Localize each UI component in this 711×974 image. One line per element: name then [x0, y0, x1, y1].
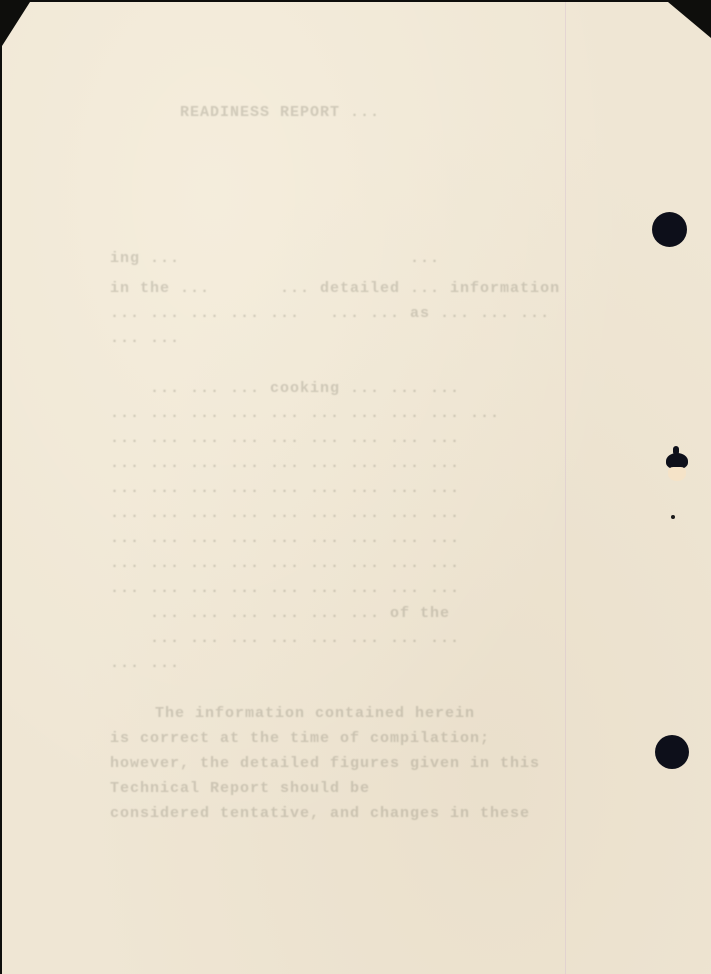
bleed-line: ... ... ... ... ... ... ... ... ... [110, 505, 460, 522]
bleed-line: ... ... ... ... ... ... ... as ... ... .… [110, 305, 550, 322]
punch-hole-middle-torn [664, 445, 690, 481]
bleed-line: ... ... ... ... ... ... ... ... ... ... [110, 405, 500, 422]
bleed-line: Technical Report should be [110, 780, 370, 797]
bleed-line: ... ... ... ... ... ... ... ... ... [110, 480, 460, 497]
bleed-line: ... ... [110, 655, 180, 672]
bleed-line: ... ... ... ... ... ... ... ... ... [110, 580, 460, 597]
bleed-line: ... ... ... ... ... ... ... ... ... [110, 555, 460, 572]
bleed-line: The information contained herein [155, 705, 475, 722]
bleed-line: ing ... ... [110, 250, 440, 267]
punch-hole-top [652, 212, 687, 247]
bleed-title: READINESS REPORT ... [180, 104, 380, 121]
punch-hole-bottom [655, 735, 689, 769]
bleed-line: ... ... ... cooking ... ... ... [150, 380, 460, 397]
bleed-line: ... ... ... ... ... ... of the [150, 605, 450, 622]
document-page: READINESS REPORT ... ing ... ...in the .… [0, 0, 711, 974]
paper-crease [565, 0, 566, 974]
bleed-line: ... ... ... ... ... ... ... ... ... [110, 455, 460, 472]
bleed-line: is correct at the time of compilation; [110, 730, 490, 747]
bleed-line: ... ... ... ... ... ... ... ... [150, 630, 460, 647]
bleed-line: ... ... ... ... ... ... ... ... ... [110, 430, 460, 447]
bleed-line: ... ... [110, 330, 180, 347]
bleed-line: ... ... ... ... ... ... ... ... ... [110, 530, 460, 547]
bleed-line: however, the detailed figures given in t… [110, 755, 540, 772]
bleed-line: in the ... ... detailed ... information [110, 280, 560, 297]
ink-speck [671, 515, 675, 519]
bleed-line: considered tentative, and changes in the… [110, 805, 530, 822]
